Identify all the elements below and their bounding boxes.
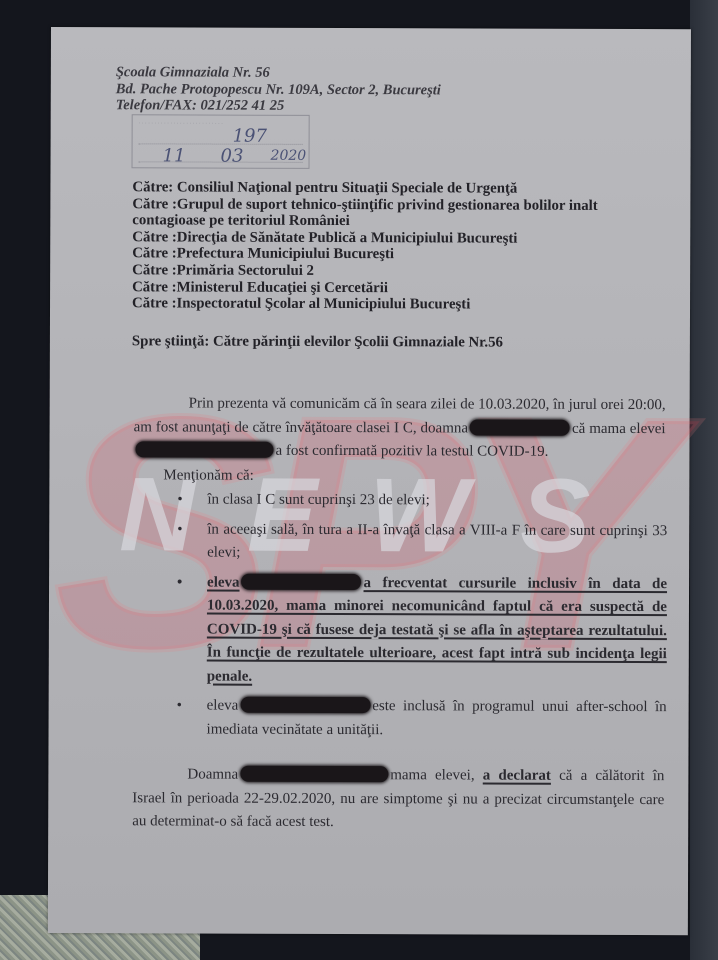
list-item: elevaa frecventat cursurile inclusiv în … xyxy=(177,571,667,690)
school-address: Bd. Pache Protopopescu Nr. 109A, Sector … xyxy=(116,81,441,99)
mentions-list: în clasa I C sunt cuprinşi 23 de elevi; … xyxy=(176,488,667,749)
stamp-year: 2020 xyxy=(271,148,307,164)
redaction-bar xyxy=(242,573,362,589)
redaction-bar xyxy=(240,697,370,713)
school-name: Şcoala Gimnaziala Nr. 56 xyxy=(116,64,441,82)
recipient-line: Către :Inspectoratul Şcolar al Municipiu… xyxy=(132,295,652,313)
paragraph-announcement: Prin prezenta vă comunicăm că în seara z… xyxy=(133,392,665,464)
list-item: în clasa I C sunt cuprinşi 23 de elevi; xyxy=(177,488,667,513)
registration-stamp: . . . . . . . . . . . . . . . . . . . . … xyxy=(132,114,310,169)
recipient-line: Către :Primăria Sectorului 2 xyxy=(132,262,652,280)
recipient-line: Către: Consiliul Naţional pentru Situaţi… xyxy=(132,179,652,197)
list-item: în aceeaşi sală, în tura a II-a învaţă c… xyxy=(177,518,667,567)
paragraph-declaration: Doamnamama elevei, a declarat că a călăt… xyxy=(132,763,664,835)
redaction-bar xyxy=(135,441,273,457)
list-item: elevaeste inclusă în programul unui afte… xyxy=(177,694,667,743)
paragraph-text: că mama elevei xyxy=(572,420,666,436)
stamp-registration-number: 197 xyxy=(233,126,267,147)
recipient-line: Către :Direcţia de Sănătate Publică a Mu… xyxy=(132,229,652,247)
cc-line: Spre ştiinţă: Către părinţii elevilor Şc… xyxy=(132,333,503,351)
stamp-day: 11 xyxy=(163,145,186,166)
redaction-bar xyxy=(240,766,388,783)
letterhead: Şcoala Gimnaziala Nr. 56 Bd. Pache Proto… xyxy=(116,64,441,115)
recipients-list: Către: Consiliul Naţional pentru Situaţi… xyxy=(132,179,652,314)
stamp-header-text: . . . . . . . . . . . . . . . . . . . . … xyxy=(139,119,223,125)
desk-edge-background xyxy=(690,0,718,960)
emphasis-declared: a declarat xyxy=(483,768,551,784)
paragraph-text: a fost confirmată pozitiv la testul COVI… xyxy=(275,443,548,460)
mention-intro: Menţionăm că: xyxy=(163,464,253,488)
recipient-line: Către :Prefectura Municipiului Bucureşti xyxy=(132,246,652,264)
recipient-line: contagioase pe teritoriul României xyxy=(132,212,652,230)
stamp-month: 03 xyxy=(221,146,244,167)
redaction-bar xyxy=(470,419,570,435)
recipient-line: Către :Ministerul Educaţiei şi Cercetări… xyxy=(132,279,652,297)
recipient-line: Către :Grupul de suport tehnico-ştiinţif… xyxy=(132,196,652,214)
document-page: Şcoala Gimnaziala Nr. 56 Bd. Pache Proto… xyxy=(48,27,691,935)
school-phone: Telefon/FAX: 021/252 41 25 xyxy=(116,97,441,115)
